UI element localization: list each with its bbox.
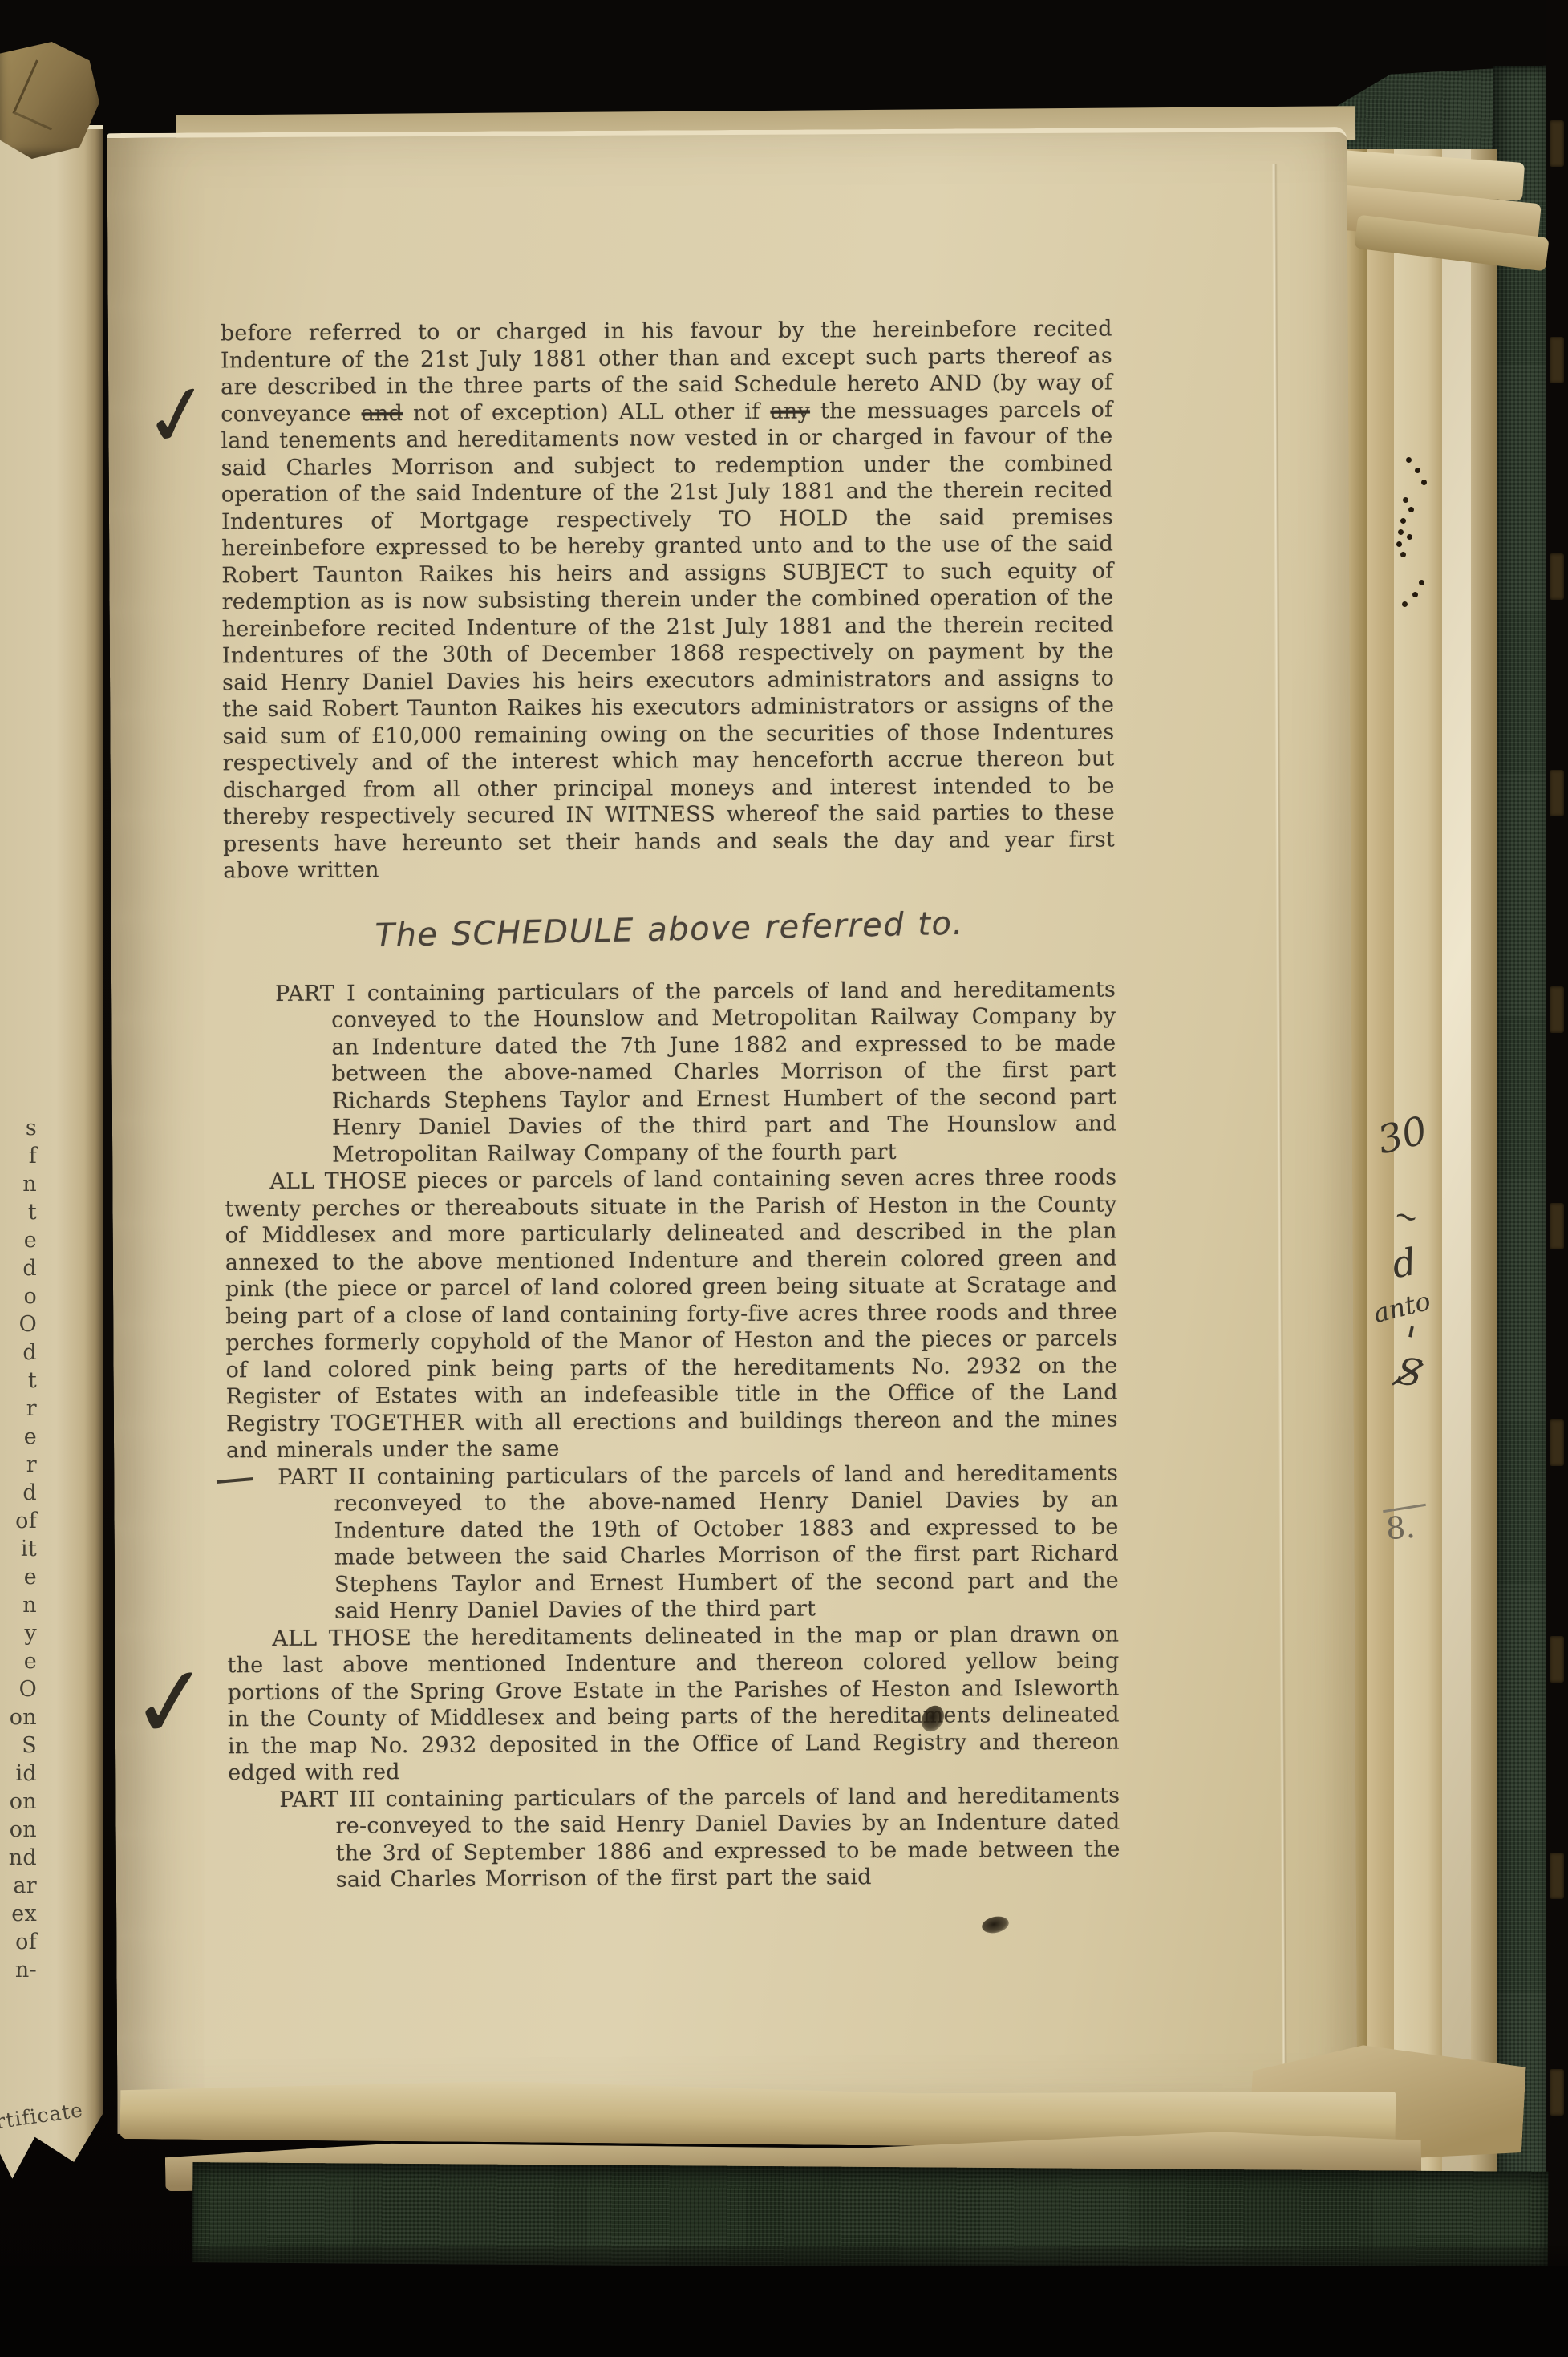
cutoff-text: nd xyxy=(0,1845,37,1870)
cutoff-text: s xyxy=(0,1116,37,1140)
margin-checkmark: ✓ xyxy=(125,1650,217,1756)
cutoff-text: n xyxy=(0,1593,37,1618)
schedule-part-2: PART II containing particulars of the pa… xyxy=(226,1460,1119,1626)
cutoff-text: e xyxy=(0,1228,37,1253)
deed-text: the messuages parcels of land tenements … xyxy=(221,397,1115,883)
schedule-part-3: PART III containing particulars of the p… xyxy=(228,1782,1120,1894)
binder-slot xyxy=(1550,120,1564,167)
binder-slot xyxy=(1550,1636,1564,1683)
page-stack-edge xyxy=(1367,149,1394,2210)
binder-board xyxy=(1546,0,1568,2357)
cutoff-text: n xyxy=(0,1172,37,1197)
cutoff-text: e xyxy=(0,1424,37,1449)
bottom-shadow xyxy=(0,2266,1568,2357)
previous-page-sliver: s f n t e d o O d t r e r d of it e n y … xyxy=(0,125,103,2208)
cutoff-text: f xyxy=(0,1144,37,1168)
cutoff-text: of xyxy=(0,1930,37,1954)
page-crease xyxy=(1272,164,1287,2072)
cutoff-text: S xyxy=(0,1733,37,1758)
binder-slot xyxy=(1550,1203,1564,1249)
margin-checkmark: ✓ xyxy=(136,368,220,463)
binder-slot xyxy=(1550,986,1564,1033)
binder-slot xyxy=(1550,2069,1564,2116)
document-text-column: before referred to or charged in his fav… xyxy=(221,316,1120,1894)
page-stack-edge xyxy=(1394,149,1442,2210)
cutoff-text: on xyxy=(0,1705,37,1730)
cutoff-text: on xyxy=(0,1789,37,1814)
bound-deed-scan: 30 ~ d anto ' S 8. s f n t e d o O d t r… xyxy=(0,0,1568,2357)
wormhole-dots xyxy=(1406,457,1412,463)
cutoff-text: of xyxy=(0,1509,37,1533)
binder-slot xyxy=(1550,337,1564,383)
binder-slot xyxy=(1550,553,1564,600)
cutoff-text: t xyxy=(0,1200,37,1225)
document-page: before referred to or charged in his fav… xyxy=(107,127,1357,2138)
cutoff-text: id xyxy=(0,1761,37,1786)
vellum-edge xyxy=(1442,149,1471,2210)
cutoff-text: y xyxy=(0,1621,37,1646)
schedule-part-1: PART I containing particulars of the par… xyxy=(224,976,1116,1168)
binder-slot xyxy=(1550,1853,1564,1899)
page-stack-edge xyxy=(1471,149,1497,2210)
binder-slot xyxy=(1550,1419,1564,1466)
cutoff-text: o xyxy=(0,1284,37,1309)
cutoff-text: n- xyxy=(0,1958,37,1982)
cutoff-word-bottom: rtificate xyxy=(0,2097,92,2133)
cutoff-text: r xyxy=(0,1396,37,1421)
schedule-heading: The SCHEDULE above referred to. xyxy=(223,901,1116,957)
cutoff-text: r xyxy=(0,1452,37,1477)
cutoff-text: ar xyxy=(0,1873,37,1898)
binder-slot xyxy=(1550,770,1564,816)
deed-text: not of exception) ALL other if xyxy=(403,399,770,425)
cutoff-text: d xyxy=(0,1480,37,1505)
cutoff-text: it xyxy=(0,1537,37,1561)
struck-word: any xyxy=(770,399,810,423)
parcels-description-2: ALL THOSE the hereditaments delineated i… xyxy=(227,1621,1120,1787)
cutoff-text: e xyxy=(0,1649,37,1674)
cutoff-text: O xyxy=(0,1312,37,1337)
cover-cloth-right-edge xyxy=(1493,66,1554,2303)
cutoff-text: ex xyxy=(0,1901,37,1926)
cutoff-text: on xyxy=(0,1817,37,1842)
cutoff-text: O xyxy=(0,1677,37,1702)
pencil-number-annotation: 8. xyxy=(1385,1512,1416,1544)
cutoff-text: t xyxy=(0,1368,37,1393)
parcels-description-1: ALL THOSE pieces or parcels of land cont… xyxy=(225,1164,1118,1464)
cutoff-text: d xyxy=(0,1256,37,1281)
struck-word: and xyxy=(362,401,403,426)
cutoff-text: e xyxy=(0,1565,37,1590)
cutoff-text: d xyxy=(0,1340,37,1365)
deed-paragraph: before referred to or charged in his fav… xyxy=(221,316,1116,885)
folio-number-annotation: 30 xyxy=(1374,1111,1431,1160)
